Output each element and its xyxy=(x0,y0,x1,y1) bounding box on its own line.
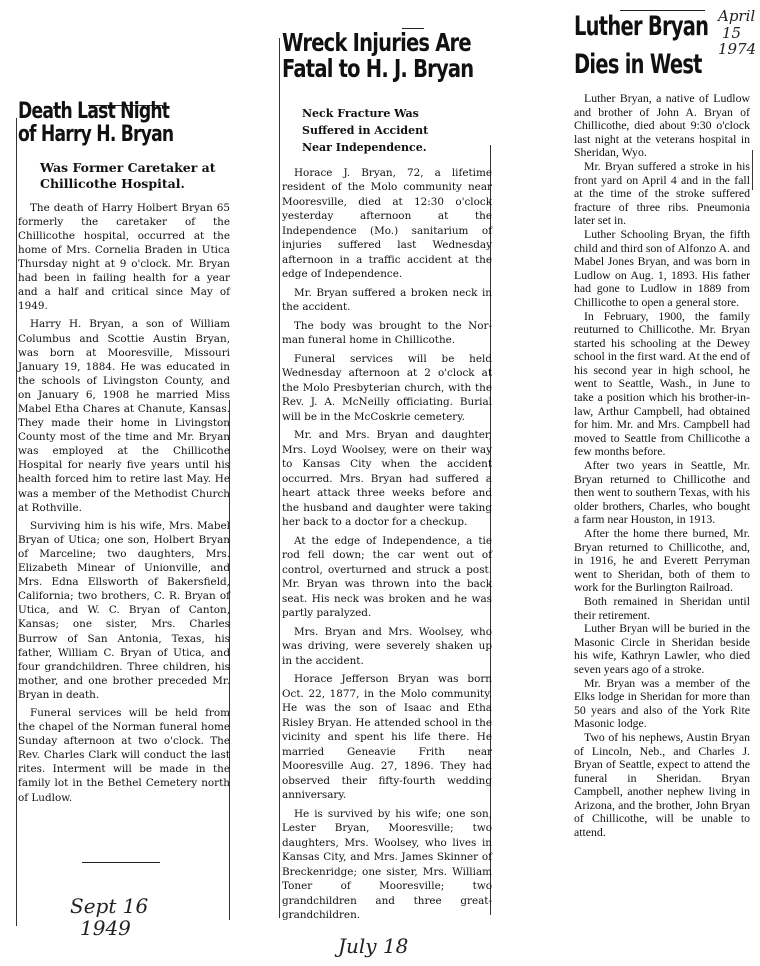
paragraph: Mr. and Mrs. Bryan and daugh­ter, Mrs. L… xyxy=(282,428,492,530)
subheadline: Neck Fracture Was Suffered in Accident N… xyxy=(302,105,492,156)
column-border xyxy=(16,118,17,926)
column-border xyxy=(752,150,753,190)
paragraph: Harry H. Bryan, a son of William Columbu… xyxy=(18,317,230,514)
paragraph: Surviving him is his wife, Mrs. Mabel Br… xyxy=(18,519,230,702)
article-body: The death of Harry Holbert Bryan 65 form… xyxy=(18,201,230,805)
paragraph: Two of his nephews, Austin Bryan of Linc… xyxy=(574,731,750,840)
paragraph: At the edge of Independence, a tie rod f… xyxy=(282,534,492,621)
handwritten-line: July 18 xyxy=(338,935,408,957)
paragraph: In February, 1900, the family reuturned … xyxy=(574,310,750,460)
paragraph: Funeral services will be held from the c… xyxy=(18,706,230,805)
paragraph: The body was brought to the Nor­man fune… xyxy=(282,319,492,348)
article-body: Horace J. Bryan, 72, a lifetime resident… xyxy=(282,166,492,923)
handwritten-line: 1974 xyxy=(718,41,756,58)
handwritten-line: 15 xyxy=(722,25,756,42)
handwritten-line: Sept 16 xyxy=(70,895,148,917)
subheadline-line: Neck Fracture Was xyxy=(302,105,492,122)
headline-line: Dies in West xyxy=(574,46,740,84)
headline: Wreck Injuries Are Fatal to H. J. Bryan xyxy=(282,30,493,83)
paragraph: Mrs. Bryan and Mrs. Woolsey, who was dri… xyxy=(282,625,492,669)
paragraph: After the home there burned, Mr. Bryan r… xyxy=(574,527,750,595)
clipping-harry-bryan: Death Last Night of Harry H. Bryan Was F… xyxy=(18,100,230,809)
headline-line: of Harry H. Bryan xyxy=(18,123,229,146)
article-body: Luther Bryan, a native of Ludlow and bro… xyxy=(574,92,750,840)
paragraph: He is survived by his wife; one son, Les… xyxy=(282,807,492,923)
subheadline-line: Near Independence. xyxy=(302,139,492,156)
headline: Death Last Night of Harry H. Bryan xyxy=(18,100,229,146)
subheadline-line: Chillicothe Hospital. xyxy=(40,176,230,192)
handwritten-date: April 15 1974 xyxy=(718,8,756,58)
handwritten-line: 1949 xyxy=(80,917,148,939)
subheadline-line: Suffered in Accident xyxy=(302,122,492,139)
paragraph: The death of Harry Holbert Bryan 65 form… xyxy=(18,201,230,314)
headline-line: Fatal to H. J. Bryan xyxy=(282,56,493,82)
subheadline: Was Former Caretaker at Chillicothe Hosp… xyxy=(40,160,230,193)
headline: Luther Bryan Dies in West xyxy=(574,8,740,84)
column-border xyxy=(279,38,280,918)
paragraph: Horace J. Bryan, 72, a lifetime resident… xyxy=(282,166,492,282)
headline-line: Wreck Injuries Are xyxy=(282,30,493,56)
clipping-horace-bryan: Wreck Injuries Are Fatal to H. J. Bryan … xyxy=(282,30,492,927)
subheadline-line: Was Former Caretaker at xyxy=(40,160,230,176)
paragraph: Mr. Bryan suffered a broken neck in the … xyxy=(282,286,492,315)
clipping-luther-bryan: Luther Bryan Dies in West Luther Bryan, … xyxy=(574,8,750,840)
end-rule xyxy=(82,862,160,863)
paragraph: Luther Bryan will be buried in the Mason… xyxy=(574,622,750,676)
headline-line: Death Last Night xyxy=(18,100,229,123)
handwritten-date: July 18 xyxy=(338,935,408,957)
paragraph: Luther Schooling Bryan, the fifth child … xyxy=(574,228,750,310)
paragraph: After two years in Seattle, Mr. Bryan re… xyxy=(574,459,750,527)
paragraph: Luther Bryan, a native of Ludlow and bro… xyxy=(574,92,750,160)
handwritten-line: April xyxy=(718,8,756,25)
paragraph: Mr. Bryan suffered a stroke in his front… xyxy=(574,160,750,228)
paragraph: Mr. Bryan was a member of the Elks lodge… xyxy=(574,677,750,731)
paragraph: Both remained in Sheridan until their re… xyxy=(574,595,750,622)
paragraph: Horace Jefferson Bryan was born Oct. 22,… xyxy=(282,672,492,803)
paragraph: Funeral services will be held Wednesday … xyxy=(282,352,492,425)
handwritten-date: Sept 16 1949 xyxy=(70,895,148,939)
headline-line: Luther Bryan xyxy=(574,8,740,46)
